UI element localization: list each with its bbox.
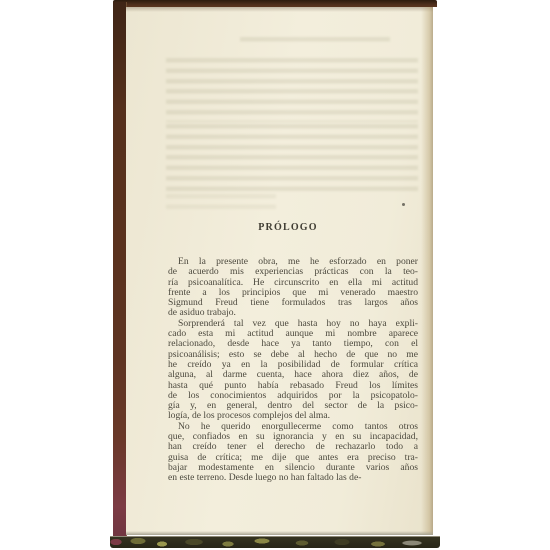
bleedthrough-text-smudge [166, 194, 276, 214]
ink-speck [402, 203, 405, 206]
page-stack-edge [421, 7, 433, 535]
paragraph: No he querido enorgullecerme como tantos… [168, 422, 418, 484]
paragraph: En la presente obra, me he esforzado en … [168, 257, 418, 319]
page-title: PRÓLOGO [168, 222, 418, 233]
page-body: En la presente obra, me he esforzado en … [168, 257, 418, 484]
photo-background: PRÓLOGO En la presente obra, me he esfor… [0, 0, 550, 550]
book-spine [113, 2, 127, 545]
bleedthrough-text-smudge [240, 37, 390, 47]
paragraph: Sorprenderá tal vez que hasta hoy no hay… [168, 319, 418, 422]
bleedthrough-text-smudge [166, 58, 418, 122]
book-page: PRÓLOGO En la presente obra, me he esfor… [126, 7, 433, 535]
text-line: en este terreno. Desde luego no han falt… [168, 473, 418, 483]
bleedthrough-text-smudge [166, 124, 418, 192]
book-cover-marbled-bottom-edge [110, 536, 440, 548]
book-cover-top-edge [113, 0, 437, 7]
text-column: PRÓLOGO En la presente obra, me he esfor… [168, 222, 418, 484]
